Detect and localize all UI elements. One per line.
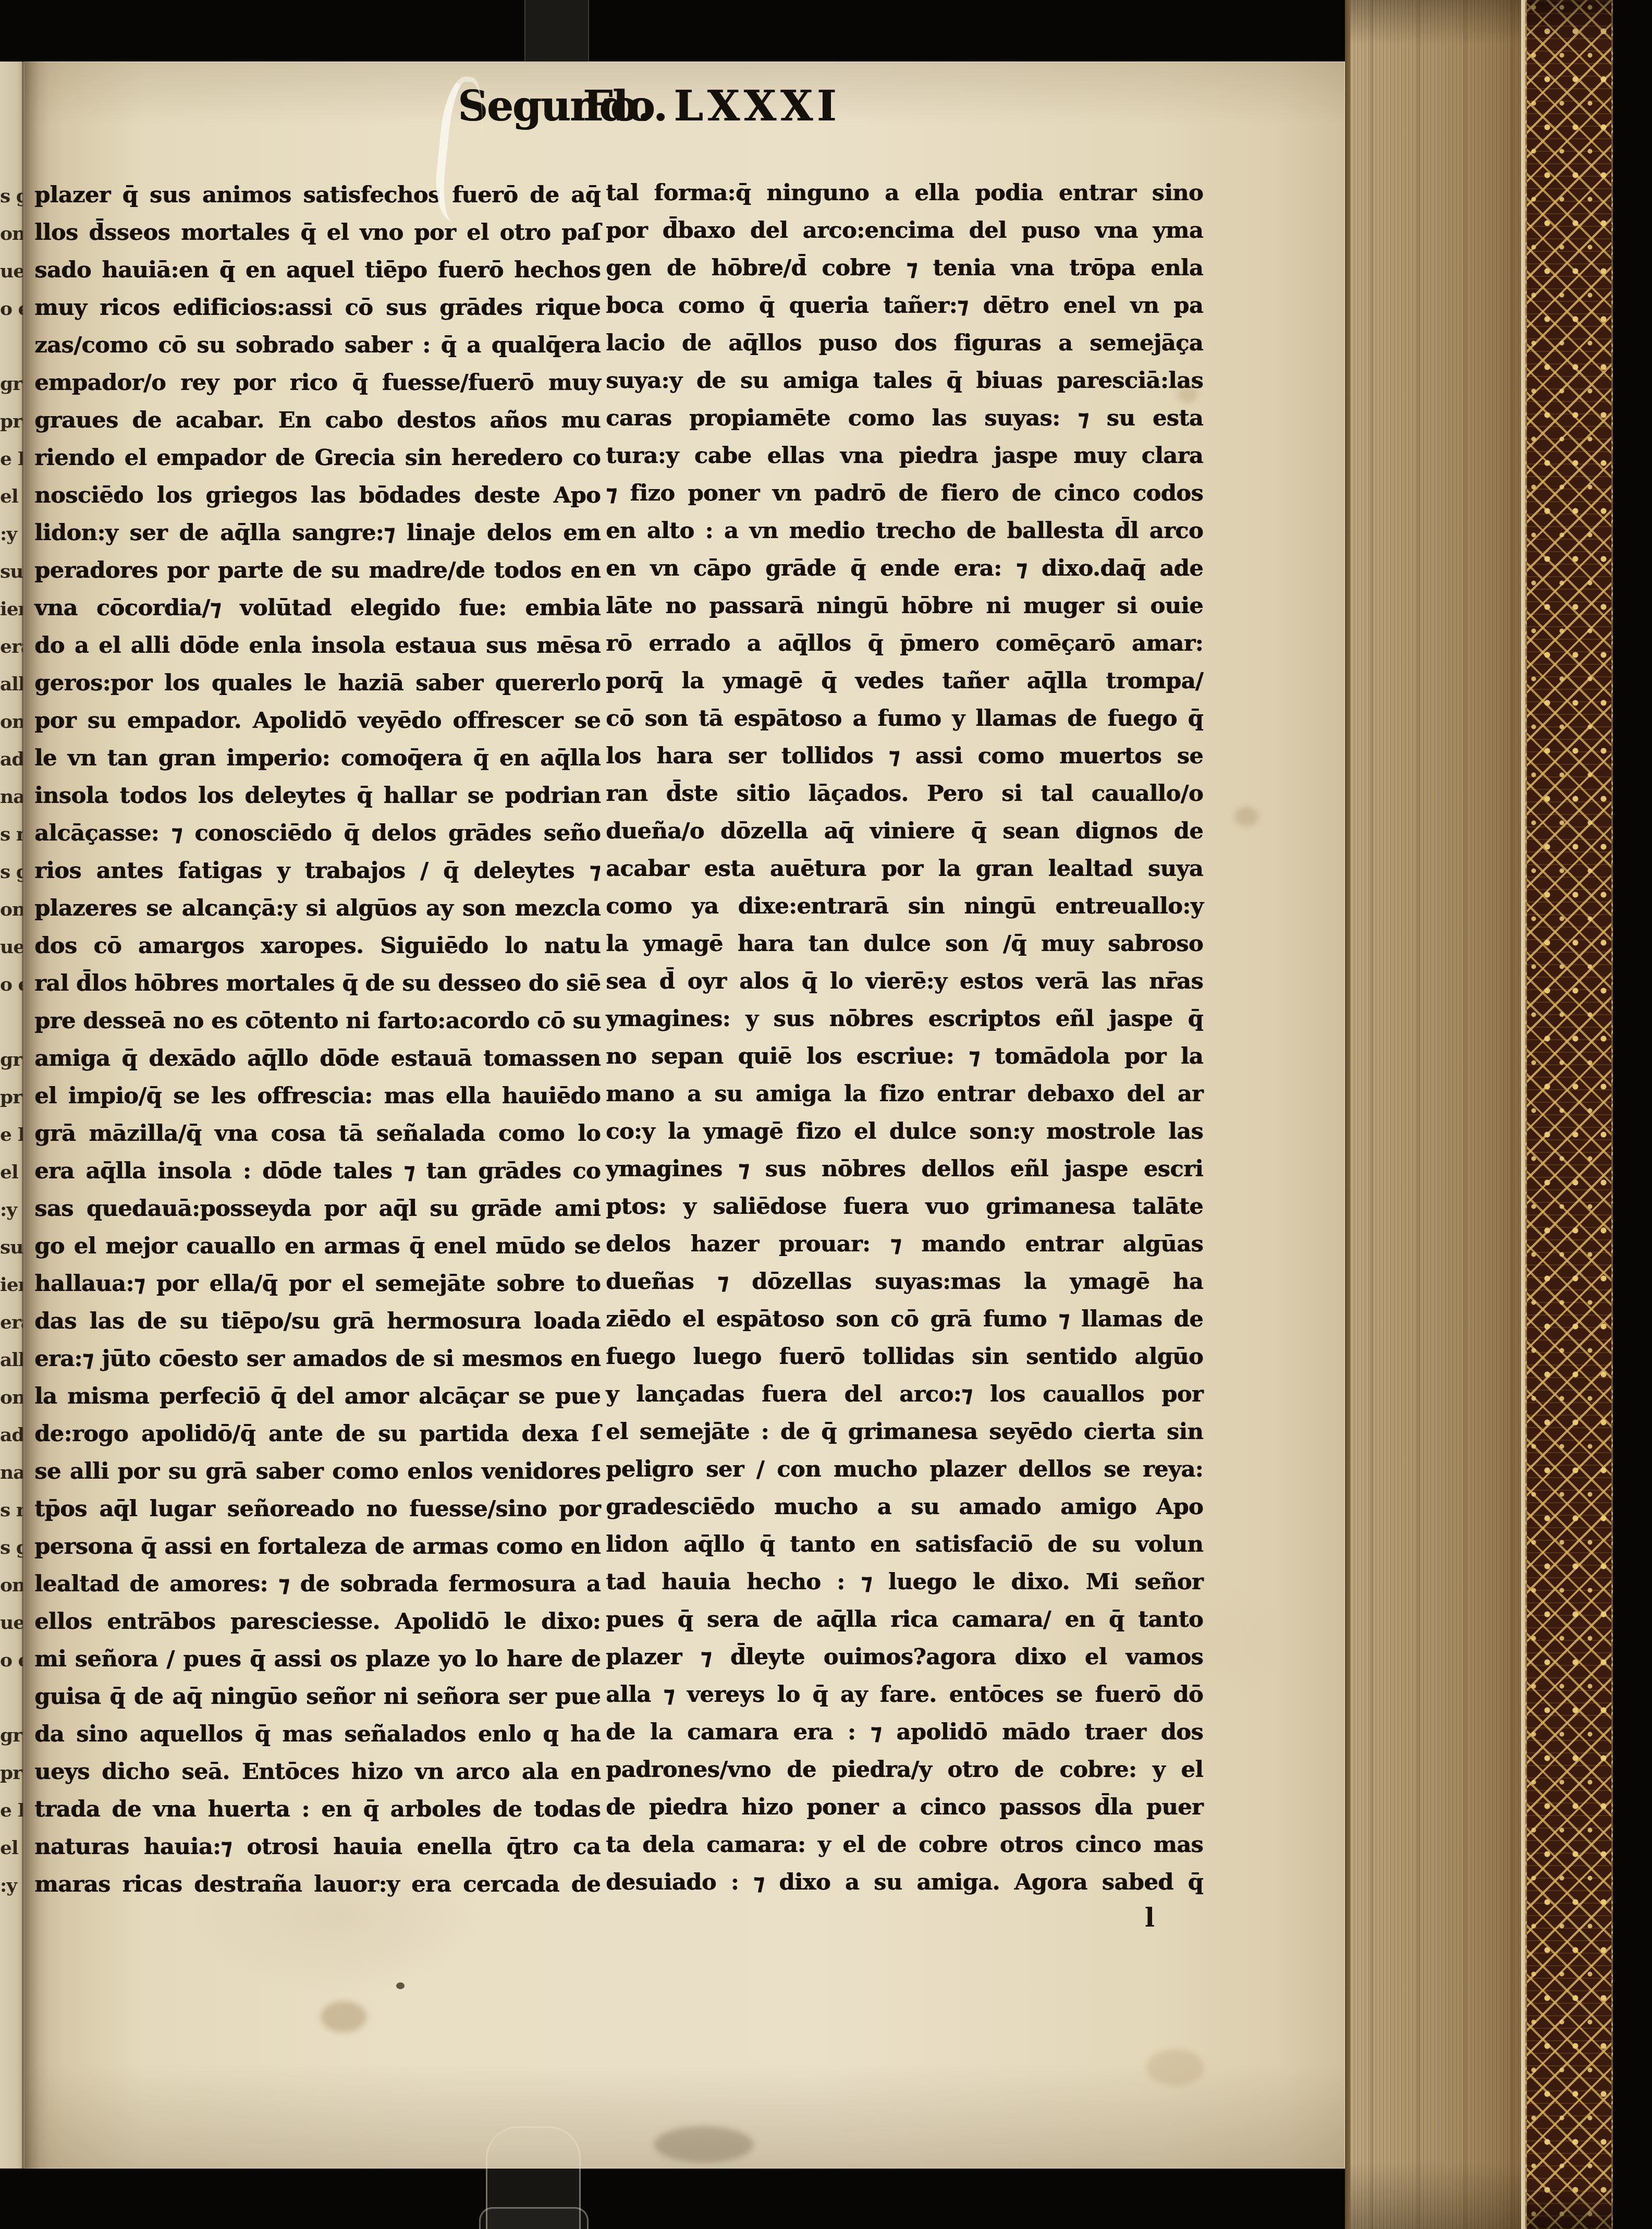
paper-stain [654, 2126, 753, 2163]
text-line: rios antes fatigas y trabajos / q̄ deley… [34, 852, 601, 890]
text-line: lidon:y ser de aq̄lla sangre:⁊ linaje de… [34, 514, 601, 552]
text-line: insola todos los deleytes q̄ hallar se p… [34, 777, 601, 814]
facing-page-fragment: s g [0, 177, 23, 215]
facing-page-fragment: ue:q [0, 252, 23, 290]
facing-page-fragment: el siudi [0, 1153, 23, 1191]
facing-page-fragment: :y alli [0, 515, 23, 553]
facing-page-text-fragments: s gon/aue:qo estegrādesprospee Romel siu… [0, 177, 23, 1904]
facing-page-fragment: e Rom [0, 1116, 23, 1153]
text-line: ptos: y saliēdose fuera vuo grimanesa ta… [606, 1188, 1203, 1225]
text-line: ral d̄los hōbres mortales q̄ de su desse… [34, 965, 601, 1002]
folio-label: Fo. [583, 81, 652, 130]
text-line: la ymagē hara tan dulce son /q̄ muy sabr… [606, 925, 1203, 963]
text-line: plazer ⁊ d̄leyte ouimos?agora dixo el va… [606, 1638, 1203, 1676]
book-fore-edge-leaves [1350, 0, 1521, 2229]
facing-page-fragment: ue:q [0, 928, 23, 966]
text-line: guisa q̄ de aq̄ ningūo señor ni señora s… [34, 1678, 601, 1715]
text-line: suya:y de su amiga tales q̄ biuas paresc… [606, 362, 1203, 399]
facing-page-fragment: ierras [0, 590, 23, 628]
cradle-strap-top [524, 0, 589, 63]
facing-page-fragment: grādes [0, 1716, 23, 1754]
facing-page-fragment: s mug [0, 815, 23, 853]
facing-page-fragment: era su [0, 628, 23, 665]
text-line: dueñas ⁊ dōzellas suyas:mas la ymagē ha [606, 1263, 1203, 1300]
cradle-strap-bottom [486, 2126, 581, 2229]
facing-page-fragment: grādes [0, 365, 23, 403]
text-line: muy ricos edificios:assi cō sus grādes r… [34, 289, 601, 326]
facing-page-fragment: el siudi [0, 1829, 23, 1867]
text-line: maras ricas destraña lauor:y era cercada… [34, 1866, 601, 1903]
last-leaf-edge [1521, 0, 1525, 2229]
text-line: plazer q̄ sus animos satisfechos fuerō d… [34, 176, 601, 214]
text-line: caras propiamēte como las suyas: ⁊ su es… [606, 399, 1203, 437]
facing-page-fragment: sus grā [0, 553, 23, 590]
paper-stain [1147, 2049, 1204, 2086]
facing-page-fragment: prospe [0, 1754, 23, 1792]
text-line: porq̄ la ymagē q̄ vedes tañer aq̄lla tro… [606, 662, 1203, 700]
facing-page-fragment: grādes [0, 1041, 23, 1078]
facing-page-fragment [0, 1679, 23, 1716]
text-line: hallaua:⁊ por ella/q̄ por el semejāte so… [34, 1265, 601, 1302]
folio-indicator: Fo. LXXXI [583, 81, 840, 130]
text-line: go el mejor cauallo en armas q̄ enel mūd… [34, 1227, 601, 1265]
facing-page-fragment: prospe [0, 1078, 23, 1116]
text-line: el impio/q̄ se les offrescia: mas ella h… [34, 1077, 601, 1115]
text-line: naturas hauia:⁊ otrosi hauia enella q̄tr… [34, 1828, 601, 1866]
facing-page-fragment [0, 327, 23, 365]
text-line: era aq̄lla insola : dōde tales ⁊ tan grā… [34, 1152, 601, 1190]
text-line: de la camara era : ⁊ apolidō mādo traer … [606, 1713, 1203, 1751]
facing-page-fragment: na y be [0, 778, 23, 815]
facing-page-fragment: era su [0, 1304, 23, 1341]
text-line: no sepan quiē los escriue: ⁊ tomādola po… [606, 1038, 1203, 1075]
facing-page-fragment: ierras [0, 1266, 23, 1304]
text-line: ran d̄ste sitio lāçados. Pero si tal cau… [606, 775, 1203, 812]
text-line: grā māzilla/q̄ vna cosa tā señalada como… [34, 1115, 601, 1152]
text-line: graues de acabar. En cabo destos años mu [34, 401, 601, 439]
facing-page-fragment: s g [0, 1529, 23, 1566]
text-line: era:⁊ jūto cōesto ser amados de si mesmo… [34, 1340, 601, 1378]
facing-page-fragment: on/a [0, 215, 23, 252]
text-line: delos hazer prouar: ⁊ mando entrar algūa… [606, 1225, 1203, 1263]
facing-page-fragment: na y be [0, 1454, 23, 1491]
facing-page-fragment: ada an [0, 740, 23, 778]
text-line: ellos entrābos paresciesse. Apolidō le d… [34, 1603, 601, 1640]
text-line: do a el alli dōde enla insola estaua sus… [34, 627, 601, 664]
text-line: lidon aq̄llo q̄ tanto en satisfaciō de s… [606, 1526, 1203, 1563]
text-line: dueña/o dōzella aq̄ viniere q̄ sean dign… [606, 812, 1203, 850]
text-line: de piedra hizo poner a cinco passos d̄la… [606, 1788, 1203, 1826]
facing-page-fragment: o este [0, 966, 23, 1003]
text-line: trada de vna huerta : en q̄ arboles de t… [34, 1790, 601, 1828]
text-line: plazeres se alcançā:y si algūos ay son m… [34, 890, 601, 927]
facing-page-fragment: s mug [0, 1491, 23, 1529]
text-line: ta dela camara: y el de cobre otros cinc… [606, 1826, 1203, 1863]
text-line: dos cō amargos xaropes. Siguiēdo lo natu [34, 927, 601, 965]
gilt-binding-edge [1525, 0, 1613, 2229]
facing-page-fragment: s g [0, 853, 23, 891]
text-line: pues q̄ sera de aq̄lla rica camara/ en q… [606, 1601, 1203, 1638]
text-line: llos d̄sseos mortales q̄ el vno por el o… [34, 214, 601, 251]
facing-page-fragment: sus grā [0, 1228, 23, 1266]
text-line: alla ⁊ vereys lo q̄ ay fare. entōces se … [606, 1676, 1203, 1713]
text-line: le vn tan gran imperio: comoq̄era q̄ en … [34, 739, 601, 777]
text-line: tp̄os aq̄l lugar señoreado no fuesse/sin… [34, 1490, 601, 1528]
text-line: como ya dixe:entrarā sin ningū entreuall… [606, 887, 1203, 925]
text-line: peligro ser / con mucho plazer dellos se… [606, 1451, 1203, 1488]
text-line: cō son tā espātoso a fumo y llamas de fu… [606, 700, 1203, 737]
facing-page-fragment: on/a [0, 1566, 23, 1604]
facing-page-fragment: ue:q [0, 1604, 23, 1641]
text-line: los hara ser tollidos ⁊ assi como muerto… [606, 737, 1203, 775]
text-line: lāte no passarā ningū hōbre ni muger si … [606, 587, 1203, 625]
text-line: nosciēdo los griegos las bōdades deste A… [34, 477, 601, 514]
text-line: alcāçasse: ⁊ conosciēdo q̄ delos grādes … [34, 814, 601, 852]
text-line: zas/como cō su sobrado saber : q̄ a qual… [34, 326, 601, 364]
text-line: riendo el empador de Grecia sin heredero… [34, 439, 601, 477]
facing-page-fragment [0, 1003, 23, 1041]
text-line: mi señora / pues q̄ assi os plaze yo lo … [34, 1640, 601, 1678]
text-line: sado hauiā:en q̄ en aquel tiēpo fuerō he… [34, 251, 601, 289]
text-line: vna cōcordia/⁊ volūtad elegido fue: embi… [34, 589, 601, 627]
text-line: boca como q̄ queria tañer:⁊ dētro enel v… [606, 287, 1203, 324]
text-column-right: tal forma:q̄ ninguno a ella podia entrar… [606, 174, 1203, 1901]
text-line: geros:por los quales le haziā saber quer… [34, 664, 601, 702]
text-line: rō errado a aq̄llos q̄ p̄mero comēçarō a… [606, 625, 1203, 662]
text-line: por su empador. Apolidō veyēdo offrescer… [34, 702, 601, 739]
text-line: da sino aquellos q̄ mas señalados enlo q… [34, 1715, 601, 1753]
facing-page-fragment: prospe [0, 403, 23, 440]
text-line: gradesciēdo mucho a su amado amigo Apo [606, 1488, 1203, 1526]
text-line: ⁊ fizo poner vn padrō de fiero de cinco … [606, 474, 1203, 512]
text-line: desuiado : ⁊ dixo a su amiga. Agora sabe… [606, 1863, 1203, 1901]
folio-number: LXXXI [674, 81, 840, 130]
text-line: lealtad de amores: ⁊ de sobrada fermosur… [34, 1565, 601, 1603]
facing-page-fragment: alli fi [0, 1341, 23, 1379]
page-edge-shadow [1345, 0, 1350, 2229]
text-line: por d̄baxo del arco:encima del puso vna … [606, 212, 1203, 249]
text-line: tad hauia hecho : ⁊ luego le dixo. Mi se… [606, 1563, 1203, 1601]
text-line: pre desseā no es cōtento ni farto:acordo… [34, 1002, 601, 1040]
facing-page-fragment: :y alli [0, 1191, 23, 1228]
paper-stain [1177, 387, 1198, 403]
text-line: amiga q̄ dexādo aq̄llo dōde estauā tomas… [34, 1040, 601, 1077]
facing-page-fragment: el siudi [0, 478, 23, 515]
text-line: ueys dicho seā. Entōces hizo vn arco ala… [34, 1753, 601, 1790]
text-line: en vn cāpo grāde q̄ ende era: ⁊ dixo.daq… [606, 550, 1203, 587]
facing-page-fragment: ona he [0, 703, 23, 740]
text-line: se alli por su grā saber como enlos veni… [34, 1453, 601, 1490]
text-line: peradores por parte de su madre/de todos… [34, 552, 601, 589]
signature-mark: l [1145, 1902, 1155, 1933]
text-line: acabar esta auētura por la gran lealtad … [606, 850, 1203, 887]
text-line: sas quedauā:posseyda por aq̄l su grāde a… [34, 1190, 601, 1227]
text-column-left: plazer q̄ sus animos satisfechos fuerō d… [34, 176, 601, 1903]
text-line: ziēdo el espātoso son cō grā fumo ⁊ llam… [606, 1300, 1203, 1338]
text-line: el semejāte : de q̄ grimanesa seyēdo cie… [606, 1413, 1203, 1451]
facing-page-fragment: o este [0, 1641, 23, 1679]
text-line: das las de su tiēpo/su grā hermosura loa… [34, 1302, 601, 1340]
text-line: padrones/vno de piedra/y otro de cobre: … [606, 1751, 1203, 1788]
text-line: ymagines: y sus nōbres escriptos eñl jas… [606, 1000, 1203, 1038]
facing-page-fragment: e Rom [0, 1792, 23, 1829]
text-line: y lançadas fuera del arco:⁊ los cauallos… [606, 1375, 1203, 1413]
text-line: gen de hōbre/d̄ cobre ⁊ tenia vna trōpa … [606, 249, 1203, 287]
facing-page-fragment: ada an [0, 1416, 23, 1454]
text-line: de:rogo apolidō/q̄ ante de su partida de… [34, 1415, 601, 1453]
text-line: fuego luego fuerō tollidas sin sentido a… [606, 1338, 1203, 1375]
facing-page-fragment: e Rom [0, 440, 23, 478]
ink-speck [396, 1982, 405, 1989]
scanned-book-page: s gon/aue:qo estegrādesprospee Romel siu… [0, 0, 1652, 2229]
text-line: sea d̄ oyr alos q̄ lo vierē:y estos verā… [606, 963, 1203, 1000]
facing-page-fragment: o este [0, 290, 23, 327]
text-line: ymagines ⁊ sus nōbres dellos eñl jaspe e… [606, 1150, 1203, 1188]
text-line: la misma perfeciō q̄ del amor alcāçar se… [34, 1378, 601, 1415]
text-line: tal forma:q̄ ninguno a ella podia entrar… [606, 174, 1203, 212]
text-line: empador/o rey por rico q̄ fuesse/fuerō m… [34, 364, 601, 401]
facing-page-fragment: on/a [0, 891, 23, 928]
text-line: co:y la ymagē fizo el dulce son:y mostro… [606, 1113, 1203, 1150]
text-line: tura:y cabe ellas vna piedra jaspe muy c… [606, 437, 1203, 474]
paper-stain [321, 2001, 366, 2032]
text-line: mano a su amiga la fizo entrar debaxo de… [606, 1075, 1203, 1113]
text-line: en alto : a vn medio trecho de ballesta … [606, 512, 1203, 550]
facing-page-fragment: ona he [0, 1379, 23, 1416]
facing-page-fragment: :y alli [0, 1867, 23, 1904]
facing-page-fragment: alli fi [0, 665, 23, 703]
text-line: lacio de aq̄llos puso dos figuras a seme… [606, 324, 1203, 362]
facing-page-edge: s gon/aue:qo estegrādesprospee Romel siu… [0, 62, 24, 2169]
paper-stain [1234, 807, 1258, 826]
text-line: persona q̄ assi en fortaleza de armas co… [34, 1528, 601, 1565]
